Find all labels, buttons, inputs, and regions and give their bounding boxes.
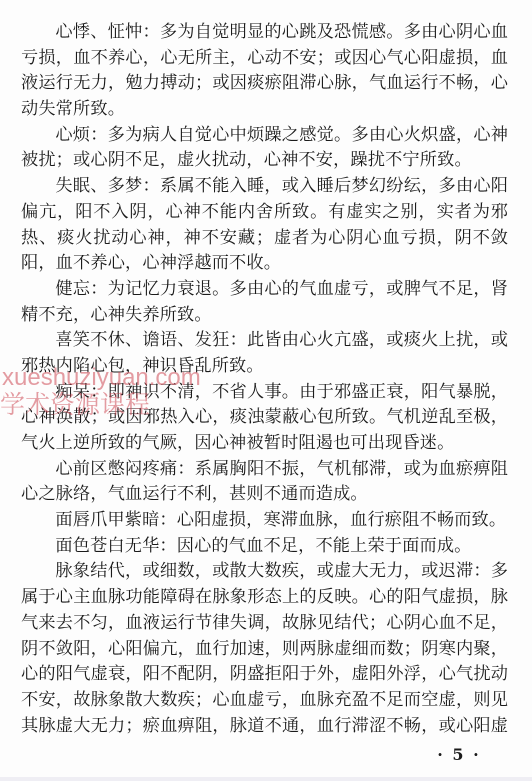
paragraph-vexation: 心烦：多为病人自觉心中烦躁之感觉。多由心火炽盛，心神 被扰；或心阴不足，虚火扰动… [21, 123, 508, 174]
text-line: 不安，故脉象散大数疾；心血虚亏，血脉充盈不足而空虚，则见 [21, 688, 508, 714]
term-heading: 喜笑不休、谵语、发狂 [55, 330, 229, 350]
text-line: 阳，血不养心，心神浮越而不收。 [21, 251, 508, 277]
term-heading: 痴呆 [55, 382, 90, 402]
text-line: 阴不敛阳，心阳偏亢，血行加速，则两脉虚细而数；阴寒内聚， [21, 637, 508, 663]
term-heading: 面色苍白无华 [55, 536, 159, 556]
term-heading: 心悸、怔忡 [55, 22, 142, 42]
term-heading: 脉象结代，或细数，或散大数疾，或虚大无力，或迟滞 [55, 561, 473, 581]
text-line: 面色苍白无华：因心的气血不足，不能上荣于面而成。 [21, 534, 508, 560]
paragraph-insomnia: 失眠、多梦：系属不能入睡，或入睡后梦幻纷纭，多由心阳 偏亢，阳不入阴，心神不能内… [21, 174, 508, 277]
text-line: 心神涣散；或因邪热入心，痰浊蒙蔽心包所致。气机逆乱至极， [21, 405, 508, 431]
paragraph-palpitation: 心悸、怔忡：多为自觉明显的心跳及恐慌感。多由心阴心血 亏损，血不养心，心无所主，… [21, 20, 508, 123]
text-line: 心之脉络，气血运行不利，甚则不通而造成。 [21, 482, 508, 508]
text-line: 其脉虚大无力；瘀血痹阻，脉道不通，血行滞涩不畅，或心阳虚 [21, 714, 508, 740]
text-line: 脉象结代，或细数，或散大数疾，或虚大无力，或迟滞：多 [21, 559, 508, 585]
text-line: 健忘：为记忆力衰退。多由心的气血虚亏，或脾气不足，肾 [21, 277, 508, 303]
text-line: 心前区憋闷疼痛：系属胸阳不振，气机郁滞，或为血瘀痹阻 [21, 457, 508, 483]
text-line: 气来去不匀，血液运行节律失调，故脉见结代；心阴心血不足， [21, 611, 508, 637]
term-definition: ：多为自觉明显的心跳及恐慌感。多由心阴心血 [142, 22, 508, 42]
text-line: 被扰；或心阴不足，虚火扰动，心神不安，躁扰不宁所致。 [21, 148, 508, 174]
term-heading: 心烦 [55, 125, 90, 145]
book-page-text: 心悸、怔忡：多为自觉明显的心跳及恐慌感。多由心阴心血 亏损，血不养心，心无所主，… [21, 20, 508, 739]
text-line: 痴呆：即神识不清，不省人事。由于邪盛正衰，阳气暴脱， [21, 380, 508, 406]
text-line: 面唇爪甲紫暗：心阳虚损，寒滞血脉，血行瘀阻不畅而致。 [21, 508, 508, 534]
paragraph-pulse-patterns: 脉象结代，或细数，或散大数疾，或虚大无力，或迟滞：多 属于心主血脉功能障碍在脉象… [21, 559, 508, 739]
text-line: 失眠、多梦：系属不能入睡，或入睡后梦幻纷纭，多由心阳 [21, 174, 508, 200]
paragraph-mania: 喜笑不休、谵语、发狂：此皆由心火亢盛，或痰火上扰，或 邪热内陷心包，神识昏乱所致… [21, 328, 508, 379]
term-definition: ：此皆由心火亢盛，或痰火上扰，或 [230, 330, 508, 350]
text-line: 心的阳气虚衰，阳不配阴，阴盛拒阳于外，虚阳外浮，心气扰动 [21, 662, 508, 688]
bottom-edge-strip [0, 777, 532, 781]
term-heading: 失眠、多梦 [55, 176, 142, 196]
paragraph-chest-pain: 心前区憋闷疼痛：系属胸阳不振，气机郁滞，或为血瘀痹阻 心之脉络，气血运行不利，甚… [21, 457, 508, 508]
paragraph-forgetfulness: 健忘：为记忆力衰退。多由心的气血虚亏，或脾气不足，肾 精不充，心神失养所致。 [21, 277, 508, 328]
term-definition: ：多为病人自觉心中烦躁之感觉。多由心火炽盛，心神 [90, 125, 508, 145]
term-definition: ：即神识不清，不省人事。由于邪盛正衰，阳气暴脱， [90, 382, 508, 402]
paragraph-cyanosis: 面唇爪甲紫暗：心阳虚损，寒滞血脉，血行瘀阻不畅而致。 [21, 508, 508, 534]
text-line: 动失常所致。 [21, 97, 508, 123]
text-line: 喜笑不休、谵语、发狂：此皆由心火亢盛，或痰火上扰，或 [21, 328, 508, 354]
page-number: · 5 · [426, 745, 490, 765]
text-line: 心悸、怔忡：多为自觉明显的心跳及恐慌感。多由心阴心血 [21, 20, 508, 46]
text-line: 热、痰火扰动心神，神不安藏；虚者为心阴心血亏损，阴不敛 [21, 226, 508, 252]
text-line: 气火上逆所致的气厥，因心神被暂时阻遏也可出现昏迷。 [21, 431, 508, 457]
text-line: 属于心主血脉功能障碍在脉象形态上的反映。心的阳气虚损，脉 [21, 585, 508, 611]
term-heading: 心前区憋闷疼痛 [55, 459, 177, 479]
text-line: 邪热内陷心包，神识昏乱所致。 [21, 354, 508, 380]
term-definition: ：心阳虚损，寒滞血脉，血行瘀阻不畅而致。 [159, 510, 506, 530]
term-definition: ：系属胸阳不振，气机郁滞，或为血瘀痹阻 [177, 459, 508, 479]
term-heading: 健忘 [55, 279, 90, 299]
text-line: 精不充，心神失养所致。 [21, 303, 508, 329]
term-definition: ：因心的气血不足，不能上荣于面而成。 [159, 536, 471, 556]
text-line: 心烦：多为病人自觉心中烦躁之感觉。多由心火炽盛，心神 [21, 123, 508, 149]
paragraph-dementia: 痴呆：即神识不清，不省人事。由于邪盛正衰，阳气暴脱， 心神涣散；或因邪热入心，痰… [21, 380, 508, 457]
term-definition: ：系属不能入睡，或入睡后梦幻纷纭，多由心阳 [142, 176, 508, 196]
text-line: 偏亢，阳不入阴，心神不能内舍所致。有虚实之别，实者为邪 [21, 200, 508, 226]
text-line: 液运行无力，勉力搏动；或因痰瘀阻滞心脉，气血运行不畅，心 [21, 71, 508, 97]
term-heading: 面唇爪甲紫暗 [55, 510, 159, 530]
term-definition: ：多 [473, 561, 508, 581]
paragraph-pale-complexion: 面色苍白无华：因心的气血不足，不能上荣于面而成。 [21, 534, 508, 560]
term-definition: ：为记忆力衰退。多由心的气血虚亏，或脾气不足，肾 [90, 279, 508, 299]
text-line: 亏损，血不养心，心无所主，心动不安；或因心气心阳虚损，血 [21, 46, 508, 72]
